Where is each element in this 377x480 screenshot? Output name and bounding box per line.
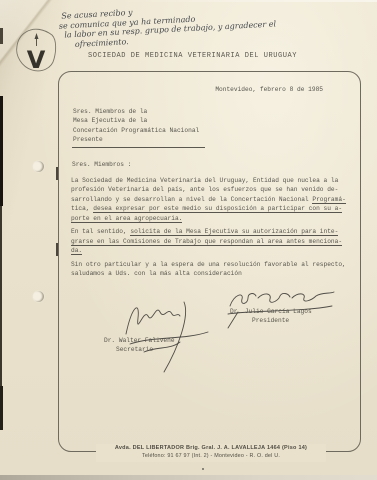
text-segment: En tal sentido, [71,228,130,235]
paper-top-edge [0,0,377,2]
organization-name: SOCIEDAD DE MEDICINA VETERINARIA DEL URU… [88,52,297,60]
text-segment: Sin otro particular y a la espera de una… [71,261,346,268]
paper-bottom-edge [0,475,377,480]
paragraph: La Sociedad de Medicina Veterinaria del … [71,176,346,223]
text-line: da. [71,246,346,255]
text-line: Presente [73,135,199,144]
scan-edge-artifact [0,96,3,206]
text-line: Mesa Ejecutiva de la [73,116,199,125]
text-line: La Sociedad de Medicina Veterinaria del … [71,176,346,185]
hole-punch [33,161,44,172]
scan-edge-artifact [0,386,3,430]
text-segment: da. [71,247,82,255]
scan-edge-artifact [0,206,2,386]
hole-punch [33,291,44,302]
letter-body: La Sociedad de Medicina Veterinaria del … [71,176,346,282]
recipient-block: Sres. Miembros de laMesa Ejecutiva de la… [73,107,199,145]
paragraph: Sin otro particular y a la espera de una… [71,260,346,279]
recipient-underline [72,147,205,148]
text-line: profesión Veterinaria del país, ante los… [71,185,346,194]
text-line: porte en el area agropecuaria. [71,214,346,223]
scan-edge-artifact [0,28,3,44]
secretary-signature-icon [114,292,224,376]
text-segment: desea expresar por este medio su disposi… [93,205,342,213]
logo-letter-v: V [27,46,46,74]
text-line: Sin otro particular y a la espera de una… [71,260,346,269]
secretary-title: Secretario [116,345,153,354]
paragraph: En tal sentido, solicita de la Mesa Ejec… [71,227,346,255]
text-segment: sarrollando y se desarrollan a nivel de … [71,196,312,203]
text-segment: Programá- [312,196,345,204]
text-segment: grarse en las Comisiones de Trabajo que … [71,238,342,246]
text-line: grarse en las Comisiones de Trabajo que … [71,237,346,246]
letterhead-footer: Avda. DEL LIBERTADOR Brig. Gral. J. A. L… [96,444,326,462]
footer-address: Avda. DEL LIBERTADOR Brig. Gral. J. A. L… [96,445,326,452]
president-title: Presidente [252,316,289,325]
text-line: sarrollando y se desarrollan a nivel de … [71,195,346,204]
text-segment: profesión Veterinaria del país, ante los… [71,186,338,193]
text-segment: La Sociedad de Medicina Veterinaria del … [71,177,338,184]
veterinary-society-logo-icon: V [10,26,62,82]
text-segment: saludamos a Uds. con la más alta conside… [71,270,242,277]
secretary-name: Dr. Walter Falivene [104,336,175,345]
text-line: saludamos a Uds. con la más alta conside… [71,269,346,278]
text-segment: solicita de la Mesa Ejecutiva su autoriz… [130,228,338,236]
scanned-letter-page: Se acusa recibo yse comunica que ya ha t… [0,0,377,480]
president-name: Dr. Julio García Lagos [230,307,312,316]
text-line: tica, desea expresar por este medio su d… [71,204,346,213]
text-segment: porte en el area agropecuaria. [71,215,182,223]
text-line: Sres. Miembros de la [73,107,199,116]
footer-phone: Teléfono: 91 67 97 (Int. 2) - Montevideo… [96,453,326,460]
text-line: Concertación Programática Nacional [73,126,199,135]
text-line: En tal sentido, solicita de la Mesa Ejec… [71,227,346,236]
text-segment: tica, [71,205,93,212]
handwritten-note: Se acusa recibo yse comunica que ya ha t… [61,0,277,50]
salutation: Sres. Miembros : [72,160,131,169]
scan-speck [202,468,204,470]
letter-date: Montevideo, febrero 8 de 1985 [215,85,323,94]
